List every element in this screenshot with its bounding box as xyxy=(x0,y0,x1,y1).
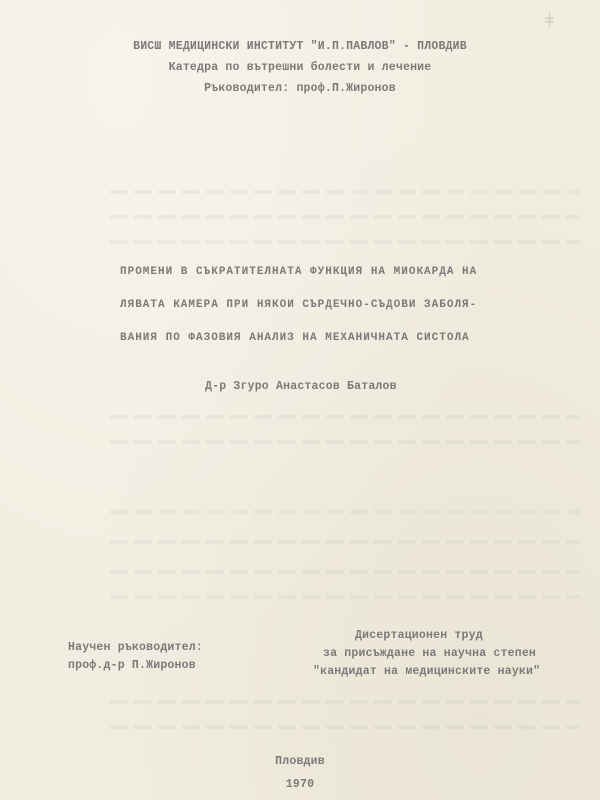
bleed-through-text xyxy=(110,215,580,219)
bleed-through-text xyxy=(110,440,580,444)
bleed-through-text xyxy=(110,240,580,244)
document-page: ǂ ВИСШ МЕДИЦИНСКИ ИНСТИТУТ "И.П.ПАВЛОВ" … xyxy=(0,0,600,800)
handwritten-mark: ǂ xyxy=(545,8,554,32)
bleed-through-text xyxy=(110,725,580,729)
department-name: Катедра по вътрешни болести и лечение xyxy=(0,61,600,74)
supervisor-name: проф.д-р П.Жиронов xyxy=(68,659,196,672)
author-name: Д-р Згуро Анастасов Баталов xyxy=(205,380,397,393)
department-head: Ръководител: проф.П.Жиронов xyxy=(0,82,600,95)
bleed-through-text xyxy=(110,510,580,514)
institution-name: ВИСШ МЕДИЦИНСКИ ИНСТИТУТ "И.П.ПАВЛОВ" - … xyxy=(0,40,600,53)
title-line-1: ПРОМЕНИ В СЪКРАТИТЕЛНАТА ФУНКЦИЯ НА МИОК… xyxy=(120,266,477,278)
bleed-through-text xyxy=(110,540,580,544)
dissertation-purpose: за присъждане на научна степен xyxy=(323,647,536,660)
supervisor-label: Научен ръководител: xyxy=(68,641,203,654)
bleed-through-text xyxy=(110,700,580,704)
year: 1970 xyxy=(0,778,600,791)
bleed-through-text xyxy=(110,415,580,419)
bleed-through-text xyxy=(110,570,580,574)
title-line-2: ЛЯВАТА КАМЕРА ПРИ НЯКОИ СЪРДЕЧНО-СЪДОВИ … xyxy=(120,299,477,311)
dissertation-type: Дисертационен труд xyxy=(355,629,483,642)
dissertation-degree: "кандидат на медицинските науки" xyxy=(313,665,540,678)
city: Пловдив xyxy=(0,755,600,768)
title-line-3: ВАНИЯ ПО ФАЗОВИЯ АНАЛИЗ НА МЕХАНИЧНАТА С… xyxy=(120,332,470,344)
bleed-through-text xyxy=(110,190,580,194)
bleed-through-text xyxy=(110,595,580,599)
